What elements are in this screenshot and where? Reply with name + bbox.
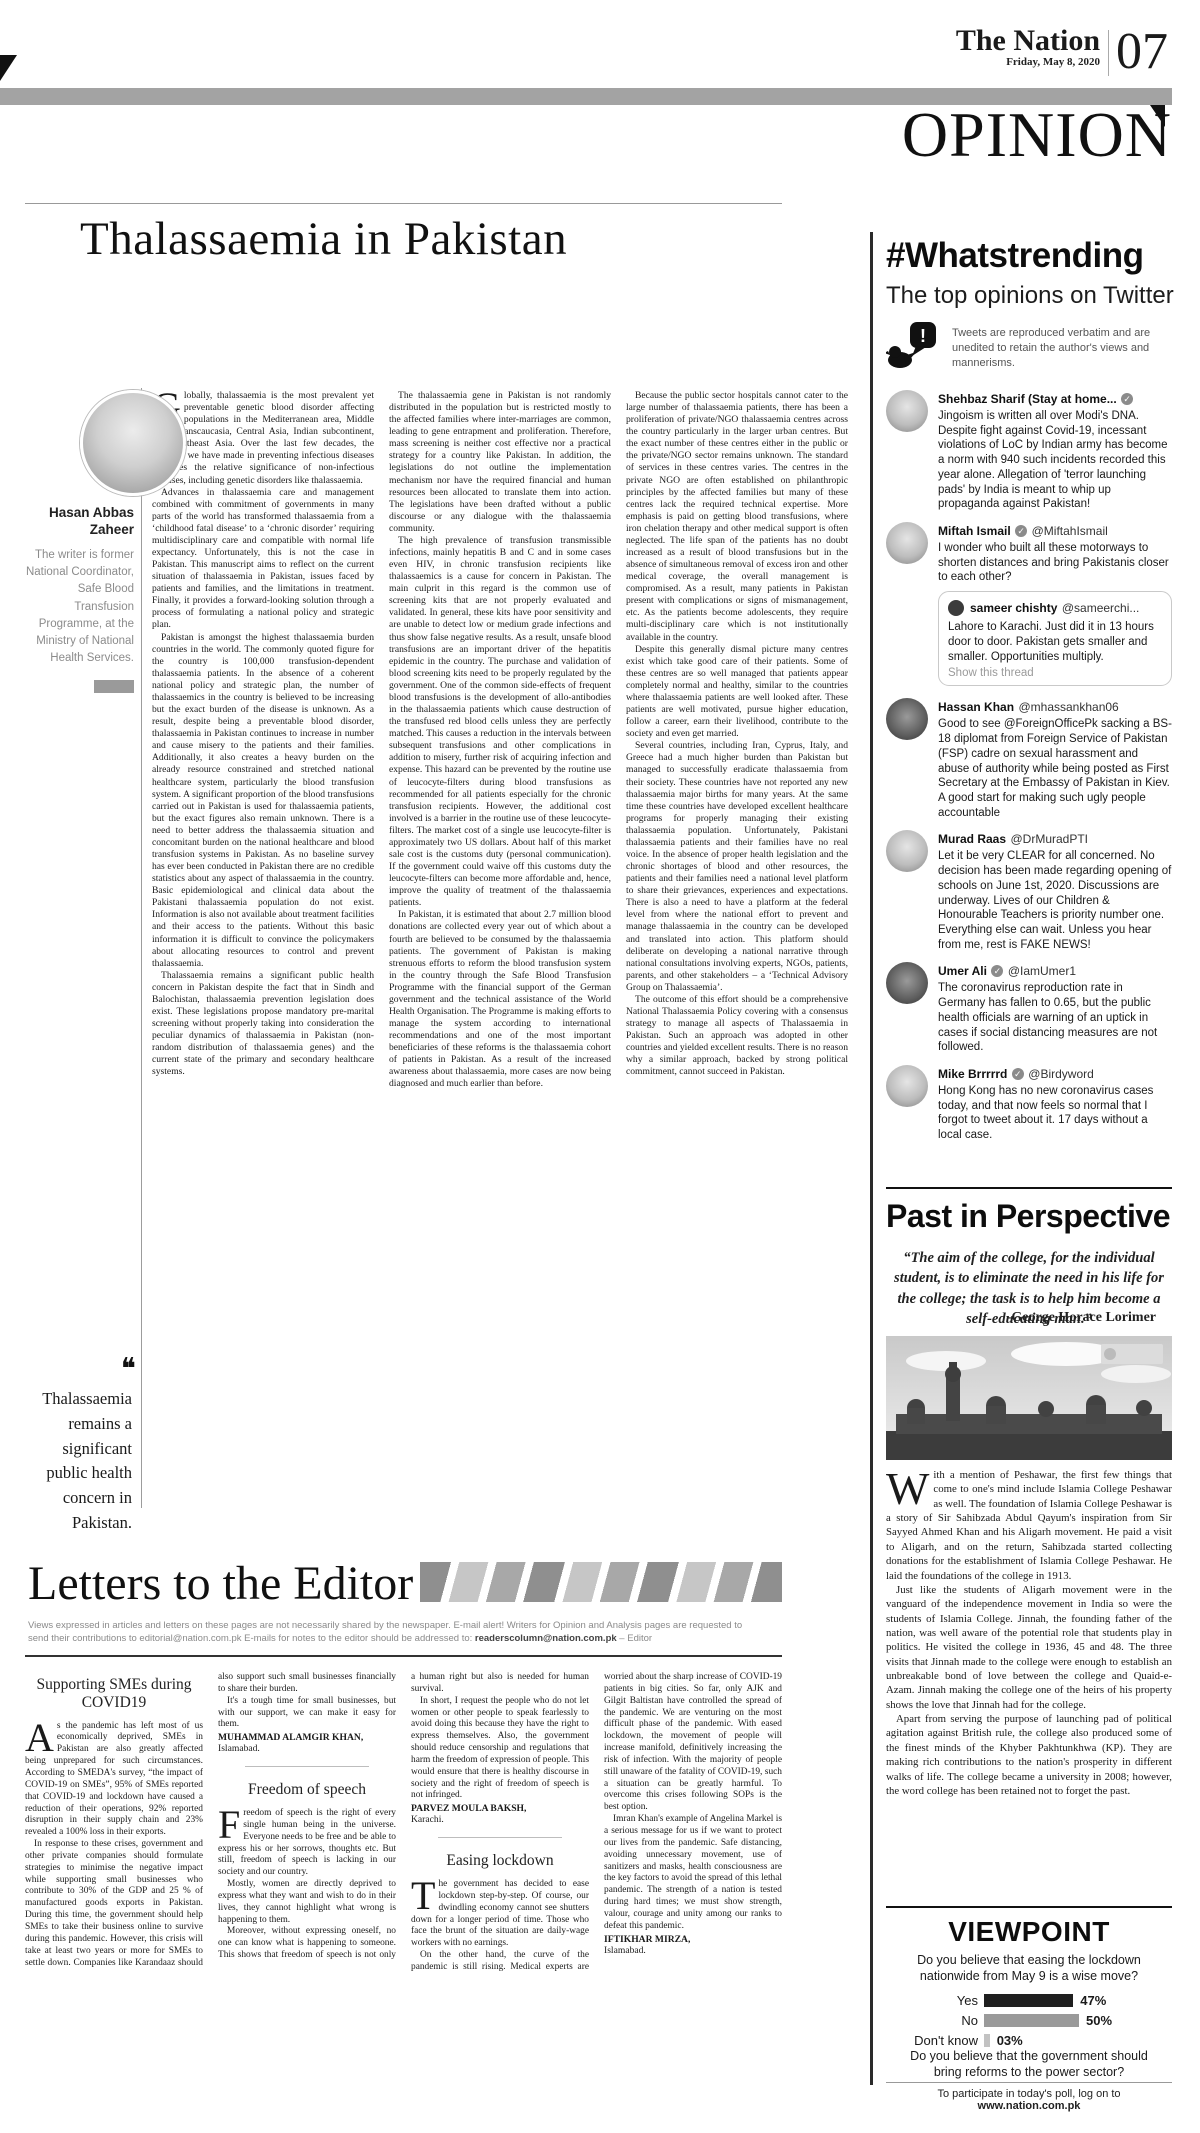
tweet-text: Let it be very CLEAR for all concerned. … [938, 849, 1172, 952]
letters-note-line1: Views expressed in articles and letters … [28, 1620, 742, 1631]
quoted-text: Lahore to Karachi. Just did it in 13 hou… [948, 620, 1162, 664]
past-in-perspective-title: Past in Perspective [886, 1198, 1176, 1235]
section-title: OPINION [700, 98, 1172, 172]
avatar [886, 390, 928, 432]
article-paragraph: Several countries, including Iran, Cypru… [626, 740, 848, 994]
avatar [886, 698, 928, 740]
avatar [886, 1065, 928, 1107]
paper-date: Friday, May 8, 2020 [900, 56, 1100, 68]
viewpoint-top-rule [886, 1906, 1172, 1908]
tweet-handle: @IamUmer1 [1008, 964, 1076, 978]
tweet-body: Shehbaz Sharif (Stay at home... ✓ Jingoi… [938, 390, 1172, 512]
letters-rule [25, 1655, 782, 1657]
quoted-tweet: sameer chishty @sameerchi... Lahore to K… [938, 591, 1172, 686]
tweet-author: Shehbaz Sharif (Stay at home... [938, 392, 1117, 406]
tweet: Umer Ali ✓ @IamUmer1 The coronavirus rep… [886, 962, 1172, 1055]
pip-top-rule [886, 1187, 1172, 1189]
whatstrending-title: #Whatstrending [886, 236, 1176, 276]
tweet-text: The coronavirus reproduction rate in Ger… [938, 981, 1172, 1055]
letters-note-line2: send their contributions to editorial@na… [28, 1633, 475, 1644]
letter-paragraph: Mostly, women are directly deprived to e… [218, 1879, 396, 1926]
letters-note: Views expressed in articles and letters … [28, 1620, 782, 1646]
tweet-body: Murad Raas @DrMuradPTI Let it be very CL… [938, 830, 1172, 952]
article-paragraph: Because the public sector hospitals cann… [626, 390, 848, 644]
viewpoint-footer-text: To participate in today's poll, log on t… [937, 2088, 1120, 2100]
viewpoint-results: Yes 47% No 50% Don't know 03% [886, 1988, 1172, 2053]
quoted-handle: @sameerchi... [1062, 601, 1140, 615]
tweet-handle: @MiftahIsmail [1032, 524, 1108, 538]
pull-quote-block: ❛❛ Thalassaemia remains a significant pu… [20, 1352, 132, 1536]
letters-stripes-decoration [420, 1562, 782, 1602]
tweet-text: Jingoism is written all over Modi's DNA.… [938, 409, 1172, 512]
viewpoint-next-question: Do you believe that the government shoul… [896, 2048, 1162, 2081]
rail-divider [141, 388, 142, 1508]
tweet-author: Hassan Khan [938, 700, 1014, 714]
rail-end-bar [94, 680, 134, 693]
author-name: Hasan Abbas Zaheer [22, 505, 134, 539]
tweet: Shehbaz Sharif (Stay at home... ✓ Jingoi… [886, 390, 1172, 512]
tweet-text: Good to see @ForeignOfficePk sacking a B… [938, 717, 1172, 820]
verified-badge-icon: ✓ [991, 965, 1003, 977]
tweet: Miftah Ismail ✓ @MiftahIsmail I wonder w… [886, 522, 1172, 688]
avatar [886, 522, 928, 564]
author-rail: Hasan Abbas Zaheer The writer is former … [22, 505, 134, 693]
pip-paragraph: Apart from serving the purpose of launch… [886, 1712, 1172, 1798]
headline-top-rule [25, 203, 782, 204]
quoted-author: sameer chishty [970, 601, 1057, 615]
avatar [886, 962, 928, 1004]
tweets-list: Shehbaz Sharif (Stay at home... ✓ Jingoi… [886, 390, 1172, 1185]
viewpoint-footer-rule [886, 2082, 1172, 2083]
article-paragraph: Advances in thalassaemia care and manage… [152, 487, 374, 632]
author-photo [80, 390, 186, 496]
twitter-bird-icon: ! [886, 322, 942, 372]
poll-row: No 50% [886, 2013, 1172, 2028]
poll-value: 47% [1073, 1993, 1106, 2008]
article-paragraph: The thalassaemia gene in Pakistan is not… [389, 390, 611, 535]
letter-city: Karachi. [411, 1814, 589, 1825]
article-paragraph: In Pakistan, it is estimated that about … [389, 909, 611, 1090]
article-headline: Thalassaemia in Pakistan [80, 212, 780, 266]
tweet-author: Murad Raas [938, 832, 1006, 846]
pull-quote-text: Thalassaemia remains a significant publi… [20, 1387, 132, 1536]
letter-heading: Supporting SMEs during COVID19 [25, 1676, 203, 1712]
show-thread-link: Show this thread [948, 667, 1162, 679]
readers-column-email: readerscolumn@nation.com.pk [475, 1633, 617, 1644]
pip-paragraph: Just like the students of Aligarh moveme… [886, 1583, 1172, 1712]
letter-paragraph: Imran Khan's example of Angelina Markel … [604, 1814, 782, 1932]
letter-signature: PARVEZ MOULA BAKSH, [411, 1803, 589, 1814]
author-bio: The writer is former National Coordinato… [22, 547, 134, 668]
pip-paragraph: With a mention of Peshawar, the first fe… [886, 1468, 1172, 1583]
poll-row: Yes 47% [886, 1993, 1172, 2008]
pip-body: With a mention of Peshawar, the first fe… [886, 1468, 1172, 1896]
tweet-text: I wonder who built all these motorways t… [938, 541, 1172, 585]
letter-signature: IFTIKHAR MIRZA, [604, 1934, 782, 1945]
page-number: 07 [1116, 26, 1168, 78]
letter-signature: MUHAMMAD ALAMGIR KHAN, [218, 1732, 396, 1743]
poll-value: 50% [1079, 2013, 1112, 2028]
tweet-handle: @mhassankhan06 [1018, 700, 1118, 714]
pip-quote-author: -George Horace Lorimer [886, 1310, 1156, 1326]
poll-value: 03% [990, 2033, 1023, 2048]
viewpoint-title: VIEWPOINT [886, 1916, 1172, 1948]
poll-bar [984, 2014, 1079, 2027]
tweet-author: Mike Brrrrrd [938, 1067, 1007, 1081]
masthead-divider [1108, 30, 1109, 76]
letter-paragraph: As the pandemic has left most of us econ… [25, 1721, 203, 1839]
tweet-author: Miftah Ismail [938, 524, 1011, 538]
letter-paragraph: Freedom of speech is the right of every … [218, 1808, 396, 1879]
letters-title: Letters to the Editor [28, 1556, 413, 1611]
article-paragraph: Pakistan is amongst the highest thalassa… [152, 632, 374, 970]
letter-paragraph: It's a tough time for small businesses, … [218, 1696, 396, 1732]
svg-text:!: ! [920, 326, 926, 346]
whatstrending-subtitle: The top opinions on Twitter [886, 282, 1176, 310]
letter-heading: Freedom of speech [218, 1781, 396, 1799]
poll-bar [984, 1994, 1073, 2007]
sidebar-divider [870, 232, 873, 2085]
viewpoint-question: Do you believe that easing the lockdown … [896, 1952, 1162, 1985]
paper-name: The Nation [900, 26, 1100, 56]
tweet-body: Mike Brrrrrd ✓ @Birdyword Hong Kong has … [938, 1065, 1172, 1143]
letter-city: Islamabad. [604, 1945, 782, 1956]
tweet-body: Miftah Ismail ✓ @MiftahIsmail I wonder w… [938, 522, 1172, 688]
poll-label: Yes [886, 1993, 984, 2008]
poll-row: Don't know 03% [886, 2033, 1172, 2048]
article-paragraph: Despite this generally dismal picture ma… [626, 644, 848, 741]
verified-badge-icon: ✓ [1012, 1068, 1024, 1080]
tweet: Mike Brrrrrd ✓ @Birdyword Hong Kong has … [886, 1065, 1172, 1143]
poll-url: www.nation.com.pk [978, 2100, 1081, 2112]
newspaper-page: { "header": { "paper": "The Nation", "da… [0, 0, 1200, 2133]
letter-city: Islamabad. [218, 1743, 396, 1754]
left-edge-triangle [0, 55, 17, 81]
poll-label: Don't know [886, 2033, 984, 2048]
verified-badge-icon: ✓ [1121, 393, 1133, 405]
tweet-handle: @DrMuradPTI [1010, 832, 1088, 846]
article-paragraph: The high prevalence of transfusion trans… [389, 535, 611, 909]
letters-note-editor: – Editor [617, 1633, 652, 1644]
masthead: The Nation Friday, May 8, 2020 [900, 26, 1100, 68]
islamia-college-photo [886, 1336, 1172, 1460]
article-paragraph: Thalassaemia remains a significant publi… [152, 970, 374, 1079]
avatar [948, 600, 964, 616]
article-paragraph: The outcome of this effort should be a c… [626, 994, 848, 1079]
tweets-disclaimer: Tweets are reproduced verbatim and are u… [952, 326, 1167, 371]
tweet-text: Hong Kong has no new coronavirus cases t… [938, 1084, 1172, 1143]
letter-divider [245, 1766, 370, 1767]
poll-label: No [886, 2013, 984, 2028]
verified-badge-icon: ✓ [1015, 525, 1027, 537]
tweet: Murad Raas @DrMuradPTI Let it be very CL… [886, 830, 1172, 952]
article-body: Globally, thalassaemia is the most preva… [152, 390, 848, 1540]
tweet: Hassan Khan @mhassankhan06 Good to see @… [886, 698, 1172, 820]
tweet-body: Umer Ali ✓ @IamUmer1 The coronavirus rep… [938, 962, 1172, 1055]
tweet-handle: @Birdyword [1028, 1067, 1094, 1081]
letter-heading: Easing lockdown [411, 1852, 589, 1870]
letter-paragraph: The government has decided to ease lockd… [411, 1879, 589, 1950]
letter-paragraph: In short, I request the people who do no… [411, 1696, 589, 1803]
viewpoint-footer: To participate in today's poll, log on t… [886, 2088, 1172, 2112]
avatar [886, 830, 928, 872]
tweet-author: Umer Ali [938, 964, 987, 978]
tweet-body: Hassan Khan @mhassankhan06 Good to see @… [938, 698, 1172, 820]
letters-body: Supporting SMEs during COVID19 As the pa… [25, 1672, 782, 2122]
quote-marks-icon: ❛❛ [20, 1352, 132, 1387]
letter-divider [438, 1837, 563, 1838]
